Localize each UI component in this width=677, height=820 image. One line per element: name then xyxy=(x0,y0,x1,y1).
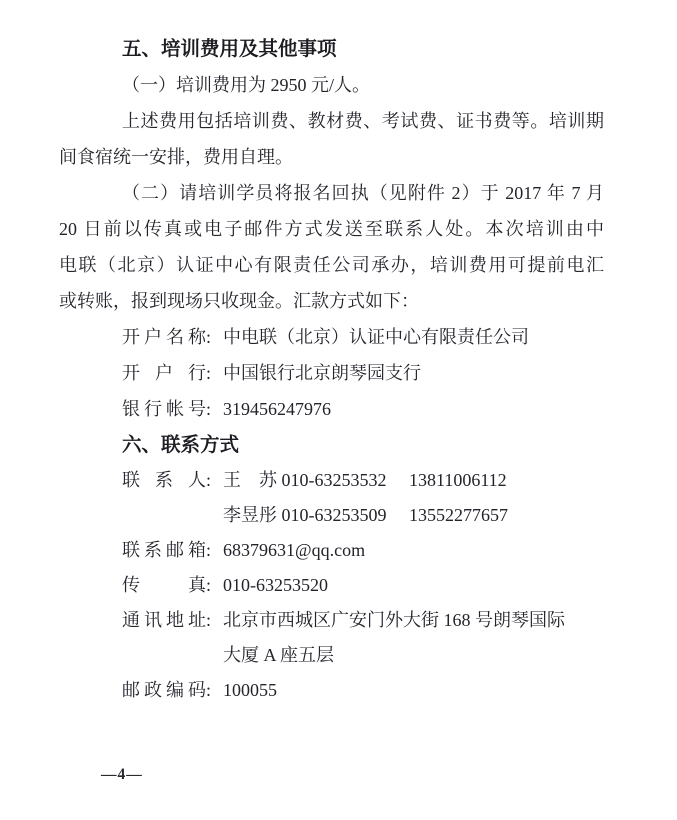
paragraph-fee-scope-line2: 间食宿统一安排，费用自理。 xyxy=(59,139,604,175)
contact-person-line2: 李昱彤 010-63253509 13552277657 xyxy=(59,498,604,533)
bank-name-label: 开户行 xyxy=(122,355,206,391)
fax-label: 传真 xyxy=(122,568,206,603)
bank-name-row: 开户行: 中国银行北京朗琴园支行 xyxy=(59,355,604,391)
postcode-row: 邮政编码: 100055 xyxy=(59,673,604,708)
account-number-label: 银行帐号 xyxy=(122,391,206,427)
colon: : xyxy=(206,391,211,427)
bank-account-name-row: 开户名称: 中电联（北京）认证中心有限责任公司 xyxy=(59,319,604,355)
address-row: 通讯地址: 北京市西城区广安门外大街 168 号朗琴国际 xyxy=(59,603,604,638)
paragraph-registration-line1: （二）请培训学员将报名回执（见附件 2）于 2017 年 7 月 xyxy=(59,175,604,211)
colon: : xyxy=(206,533,211,568)
postcode-value: 100055 xyxy=(223,673,277,708)
colon: : xyxy=(206,568,211,603)
bank-account-number-row: 银行帐号: 319456247976 xyxy=(59,391,604,427)
account-number-value: 319456247976 xyxy=(223,391,331,427)
email-value: 68379631@qq.com xyxy=(223,533,365,568)
colon: : xyxy=(206,319,211,355)
postcode-label: 邮政编码 xyxy=(122,673,206,708)
address-line2: 大厦 A 座五层 xyxy=(59,638,604,673)
fax-value: 010-63253520 xyxy=(223,568,328,603)
colon: : xyxy=(206,603,211,638)
account-name-label: 开户名称 xyxy=(122,319,206,355)
document-content: 五、培训费用及其他事项 （一）培训费用为 2950 元/人。 上述费用包括培训费… xyxy=(59,31,604,708)
contact-person-row: 联系人: 王 苏 010-63253532 13811006112 xyxy=(59,463,604,498)
colon: : xyxy=(206,463,211,498)
paragraph-registration-line2: 20 日前以传真或电子邮件方式发送至联系人处。本次培训由中 xyxy=(59,211,604,247)
address-label: 通讯地址 xyxy=(122,603,206,638)
paragraph-fee-amount: （一）培训费用为 2950 元/人。 xyxy=(59,67,604,103)
fax-row: 传真: 010-63253520 xyxy=(59,568,604,603)
paragraph-registration-line3: 电联（北京）认证中心有限责任公司承办，培训费用可提前电汇 xyxy=(59,247,604,283)
email-label: 联系邮箱 xyxy=(122,533,206,568)
paragraph-fee-scope-line1: 上述费用包括培训费、教材费、考试费、证书费等。培训期 xyxy=(59,103,604,139)
contact-person-line1: 王 苏 010-63253532 13811006112 xyxy=(223,463,507,498)
section-six-heading: 六、联系方式 xyxy=(59,427,604,463)
account-name-value: 中电联（北京）认证中心有限责任公司 xyxy=(223,319,529,355)
bank-name-value: 中国银行北京朗琴园支行 xyxy=(223,355,421,391)
document-page: 五、培训费用及其他事项 （一）培训费用为 2950 元/人。 上述费用包括培训费… xyxy=(0,0,677,820)
page-number: —4— xyxy=(101,766,143,784)
colon: : xyxy=(206,355,211,391)
contact-person-label: 联系人 xyxy=(122,463,206,498)
contact-email-row: 联系邮箱: 68379631@qq.com xyxy=(59,533,604,568)
colon: : xyxy=(206,673,211,708)
paragraph-registration-line4: 或转账，报到现场只收现金。汇款方式如下： xyxy=(59,283,604,319)
address-line1: 北京市西城区广安门外大街 168 号朗琴国际 xyxy=(223,603,565,638)
section-five-heading: 五、培训费用及其他事项 xyxy=(59,31,604,67)
